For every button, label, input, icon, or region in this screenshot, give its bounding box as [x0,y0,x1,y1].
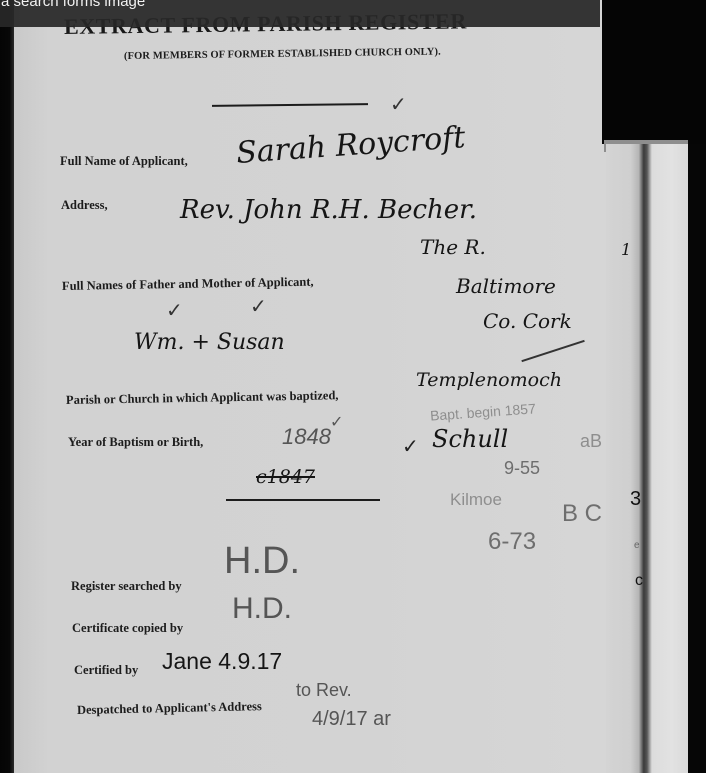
check-mark-icon: ✓ [330,412,343,431]
address-line-2: The R. [420,235,486,259]
certified-by-label: Certified by [74,663,138,678]
address-line-4: Co. Cork [483,309,572,333]
divider-rule [226,499,380,501]
image-title: a search forms image [1,0,145,10]
background-dark-area [602,0,706,144]
background-dark-edge [688,144,706,773]
full-name-label: Full Name of Applicant, [60,154,188,169]
address-label: Address, [61,198,108,213]
strip-mark: 3 [630,488,641,511]
parish-value: Templenomoch [416,369,562,391]
despatched-value-line-1: to Rev. [296,680,352,701]
document-image-viewer: 3 e c 1 EXTRACT FROM PARISH REGISTER (FO… [0,0,706,773]
pencil-annotation-ab: aB [580,431,602,452]
year-label: Year of Baptism or Birth, [68,435,203,450]
year-value: 1848 [282,424,331,450]
strip-mark: e [634,540,640,551]
pencil-annotation-number: 6-73 [488,528,536,556]
certified-by-value: Jane 4.9.17 [162,648,282,675]
certificate-copied-value: H.D. [232,592,292,626]
adjacent-page-strip [606,144,688,773]
despatched-value-line-2: 4/9/17 ar [312,708,391,731]
year-struck-value: c1847 [256,466,315,488]
parents-value: Wm. + Susan [134,330,285,355]
margin-mark: 1 [621,240,631,259]
pencil-annotation-kilmoe: Kilmoe [450,490,502,510]
check-mark-icon: ✓ [250,294,267,318]
register-searched-value: H.D. [224,540,300,583]
check-mark-icon: ✓ [402,434,419,458]
register-searched-label: Register searched by [71,579,182,594]
check-mark-icon: ✓ [390,92,407,116]
certificate-copied-label: Certificate copied by [72,621,183,636]
pencil-annotation-number: 9-55 [504,458,540,479]
parish-alt-value: Schull [432,425,508,453]
binding-edge [0,0,14,773]
address-line-3: Baltimore [456,274,556,298]
strip-mark: c [635,572,643,590]
check-mark-icon: ✓ [166,298,183,322]
pencil-annotation-bc: B C [562,500,602,528]
image-title-overlay: a search forms image [0,0,600,27]
address-line-1: Rev. John R.H. Becher. [180,195,477,225]
